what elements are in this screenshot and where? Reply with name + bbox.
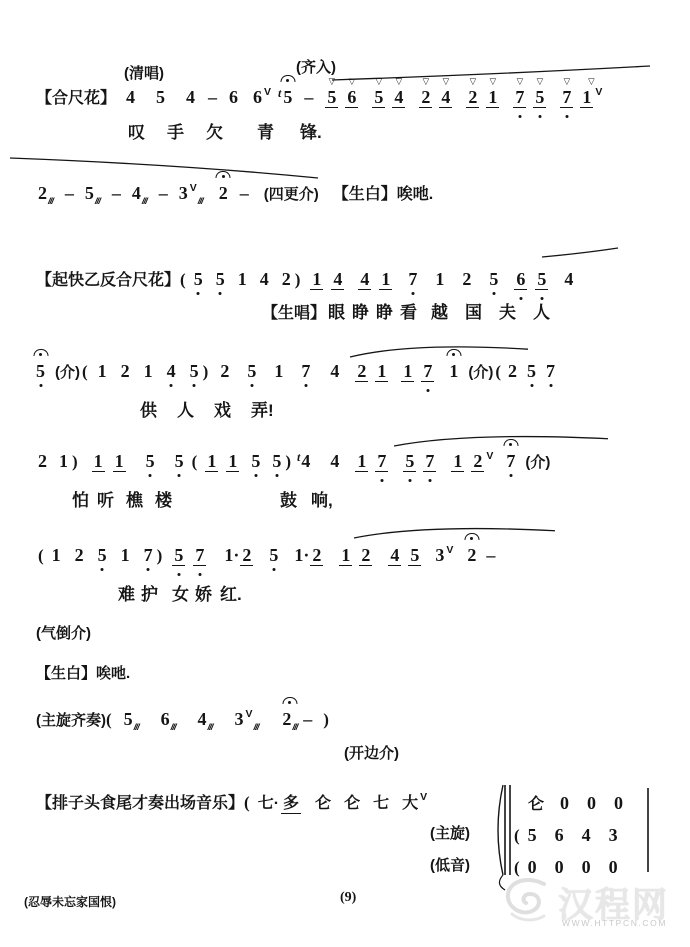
note-cell: 1 [379, 270, 392, 290]
note-cell: ▽4 [439, 88, 452, 108]
note-cell: 0 [560, 794, 569, 813]
note-cell: – [486, 546, 494, 565]
note-cell: 2 [240, 546, 253, 566]
note-cell: 5 [172, 546, 185, 566]
note-cell: – [303, 710, 311, 729]
note-cell: 1 [226, 452, 239, 472]
note-cell: 4 [301, 452, 310, 471]
note-cell: 2 [508, 362, 517, 381]
note-cell: 2 [359, 546, 372, 566]
lyric-cell: 听 [97, 492, 114, 510]
octave-dot [538, 115, 541, 118]
tremolo-mark: /// [253, 723, 258, 733]
lyric-cell: 戏 [214, 402, 231, 420]
note-cell: 5 [251, 452, 260, 471]
note-cell: 1 [310, 270, 323, 290]
lyric-cell: 弄! [251, 402, 274, 420]
note-cell: 3V/// [234, 710, 258, 729]
note-cell: 5 [175, 452, 184, 471]
music-row: (5643 [514, 826, 632, 845]
music-row: 2///–5///–4///–3V///2–(四更介)【生白】唉吔. [38, 184, 447, 203]
octave-dot [149, 474, 152, 477]
note-cell: 2 [282, 270, 291, 289]
octave-dot [530, 384, 533, 387]
note-cell: 1 [92, 452, 105, 472]
lyric-cell: 手 [167, 124, 184, 142]
note-cell: 6/// [161, 710, 176, 729]
note-cell: 0 [614, 794, 623, 813]
note-cell: ▽1V [580, 88, 602, 108]
lyrics-row: 怕听樵楼鼓响, [72, 492, 347, 510]
note-cell: 【排子头食尾才奏出场音乐】 [36, 796, 244, 812]
note-cell: 7 [375, 452, 388, 472]
note-cell: – [159, 184, 167, 203]
music-row: 【起快乙反合尺花】(55142)14417125654 [36, 270, 587, 290]
watermark-url: WWW.HTTPCN.COM [562, 918, 667, 928]
note-cell: 5/// [85, 184, 100, 203]
note-cell: 0 [587, 794, 596, 813]
note-cell: 【起快乙反合尺花】 [36, 273, 180, 289]
note-cell: – [208, 88, 216, 107]
note-cell: ( [38, 547, 44, 565]
note-cell: 1 [144, 362, 153, 381]
note-cell: ▽7 [560, 88, 573, 108]
note-cell: 5 [408, 546, 421, 566]
tremolo-mark: /// [142, 197, 147, 207]
note-cell: 1 [375, 362, 388, 382]
note-cell: 7 [301, 362, 310, 381]
music-row: (主旋齐奏)(5///6///4///3V///2///–) [36, 710, 343, 729]
note-cell: 1 [435, 270, 444, 289]
octave-dot [198, 573, 201, 576]
page-number: (9) [340, 890, 356, 906]
lyric-cell: 供 [140, 402, 157, 420]
octave-dot [518, 115, 521, 118]
octave-dot [177, 573, 180, 576]
octave-dot [147, 568, 150, 571]
lyric-cell: 越 [431, 304, 448, 322]
note-cell: 7 [408, 270, 417, 289]
note-cell: 1 [339, 546, 352, 566]
score-canvas: (清唱)(齐入)【合尺花】454–66Vt5–▽5▽6▽5▽4▽2▽4▽2▽1▽… [0, 0, 690, 947]
note-cell: 5 [216, 270, 225, 289]
octave-dot [380, 479, 383, 482]
note-cell: 2/// [282, 710, 297, 729]
lyric-cell: 红. [220, 586, 242, 604]
octave-dot [275, 474, 278, 477]
slur-line [352, 524, 557, 539]
octave-dot [101, 568, 104, 571]
note-cell: ▽5 [533, 88, 546, 108]
note-cell: 1 [238, 270, 247, 289]
annotation-text: (清唱) [124, 66, 164, 81]
note-cell: 1 [355, 452, 368, 472]
fermata-mark [33, 349, 48, 356]
note-cell: 仑 [315, 796, 331, 812]
fermata-mark [280, 75, 295, 82]
note-cell: (介) [525, 455, 550, 471]
octave-dot [426, 389, 429, 392]
note-cell: (主旋齐奏) [36, 713, 106, 729]
tremolo-mark: /// [48, 197, 53, 207]
note-cell: ( [180, 271, 186, 289]
watermark: 汉程网 WWW.HTTPCN.COM [500, 872, 690, 936]
music-row: 【合尺花】454–66Vt5–▽5▽6▽5▽4▽2▽4▽2▽1▽7▽5▽7▽1V [36, 88, 616, 108]
slur-line [540, 246, 620, 259]
note-cell: 4 [186, 88, 195, 107]
note-cell: 5 [247, 362, 256, 381]
note-cell: – [112, 184, 120, 203]
note-cell: 7 [144, 546, 153, 565]
octave-dot [178, 474, 181, 477]
note-cell: 2 [121, 362, 130, 381]
breath-mark: V [595, 87, 602, 98]
watermark-logo [500, 874, 556, 924]
note-cell: (介) [468, 365, 493, 381]
lyric-cell: 楼 [155, 492, 172, 510]
fermata-mark [282, 697, 297, 704]
note-cell: 5 [194, 270, 203, 289]
note-cell: 4/// [198, 710, 213, 729]
note-cell: 5/// [124, 710, 139, 729]
lyric-cell: 樵 [126, 492, 143, 510]
note-cell: ( [192, 453, 198, 471]
note-cell: 2 [310, 546, 323, 566]
music-row: 21)1155(1155)t44175712V7(介) [38, 452, 564, 472]
glissando-line [8, 156, 320, 180]
tremolo-mark: /// [171, 723, 176, 733]
note-cell: 4/// [132, 184, 147, 203]
octave-dot [540, 297, 543, 300]
lyrics-row: 供人戏弄! [140, 402, 288, 420]
note-cell: 2V [471, 452, 493, 472]
music-row: 【排子头食尾才奏出场音乐】(七·多仑仑七大V [36, 794, 441, 814]
note-cell: ) [323, 711, 329, 729]
note-cell: ▽2 [466, 88, 479, 108]
lyric-cell: 夫 [499, 304, 516, 322]
breath-mark: V [264, 87, 271, 98]
annotation-text: (主旋) [430, 826, 470, 841]
note-cell: 4 [260, 270, 269, 289]
breath-mark: V [190, 183, 197, 194]
note-cell: 5 [535, 270, 548, 290]
music-row: 仑000 [528, 794, 637, 813]
note-cell: 5 [489, 270, 498, 289]
note-cell: 1 [52, 546, 61, 565]
note-cell: 【生白】唉吔. [333, 187, 433, 203]
note-cell: 2 [355, 362, 368, 382]
note-cell: 6 [229, 88, 238, 107]
lyrics-row: 难护女娇红. [118, 586, 256, 604]
note-cell: 5 [98, 546, 107, 565]
note-cell: ) [72, 453, 78, 471]
note-cell: 7 [193, 546, 206, 566]
lyric-cell: 女 [172, 586, 189, 604]
tremolo-mark: /// [198, 197, 203, 207]
note-cell: 1 [98, 362, 107, 381]
octave-dot [219, 292, 222, 295]
note-cell: 1 [113, 452, 126, 472]
note-cell: 1 [59, 452, 68, 471]
note-cell: 【合尺花】 [36, 91, 116, 107]
octave-dot [170, 384, 173, 387]
note-cell: (四更介) [264, 187, 319, 203]
lyrics-row: 叹手欠青锋. [128, 124, 336, 142]
breath-mark: V [420, 792, 427, 803]
lyric-cell: 青 [257, 124, 274, 142]
octave-dot [408, 479, 411, 482]
breath-mark: V [486, 451, 493, 462]
note-cell: 3 [609, 826, 618, 845]
lyric-cell: 响, [311, 492, 333, 510]
lyric-cell: 锋. [300, 124, 322, 142]
note-cell: ▽5 [325, 88, 338, 108]
note-cell: 5 [283, 88, 292, 107]
octave-dot [549, 384, 552, 387]
note-cell: ▽2 [419, 88, 432, 108]
lyric-cell: 欠 [206, 124, 223, 142]
octave-dot [304, 384, 307, 387]
note-cell: ▽1 [486, 88, 499, 108]
note-cell: t [297, 455, 300, 471]
note-cell: ) [203, 363, 209, 381]
note-cell: 七 [373, 796, 389, 812]
note-cell: 3V/// [179, 184, 203, 203]
note-cell: ( [495, 363, 501, 381]
note-cell: 1 [401, 362, 414, 382]
music-row: 5(介)(12145)2517421171(介)(257 [36, 362, 569, 382]
lyric-cell: 睁 [352, 304, 369, 322]
tremolo-mark: /// [208, 723, 213, 733]
note-cell: 大V [402, 796, 427, 812]
barline [646, 788, 650, 872]
note-cell: 5 [528, 826, 537, 845]
note-cell: 1 [451, 452, 464, 472]
note-cell: 仑 [344, 796, 360, 812]
tremolo-mark: /// [292, 723, 297, 733]
note-cell: 2 [462, 270, 471, 289]
note-cell: 1 [205, 452, 218, 472]
note-cell: 七· [258, 796, 279, 812]
octave-dot [39, 384, 42, 387]
note-cell: 4 [358, 270, 371, 290]
octave-dot [197, 292, 200, 295]
lyric-cell: 人 [533, 304, 550, 322]
lyrics-row: 【生唱】眼睁睁看越国夫人 [262, 304, 564, 322]
note-cell: 4 [330, 452, 339, 471]
note-cell: 6 [514, 270, 527, 290]
note-cell: 4 [582, 826, 591, 845]
note-cell: 2 [38, 452, 47, 471]
note-cell: ) [295, 271, 301, 289]
lyric-cell: 睁 [376, 304, 393, 322]
note-cell: ▽4 [392, 88, 405, 108]
slur-line [392, 432, 610, 447]
note-cell: t [278, 91, 281, 107]
lyric-cell: 国 [465, 304, 482, 322]
note-cell: – [240, 184, 248, 203]
note-cell: 4 [388, 546, 401, 566]
octave-dot [250, 384, 253, 387]
note-cell: ▽7 [513, 88, 526, 108]
tremolo-mark: /// [95, 197, 100, 207]
note-cell: 1 [274, 362, 283, 381]
breath-mark: V [446, 545, 453, 556]
octave-dot [428, 479, 431, 482]
note-cell: ( [106, 711, 112, 729]
annotation-text: (开边介) [344, 746, 399, 761]
octave-dot [411, 292, 414, 295]
note-cell: 5 [527, 362, 536, 381]
note-cell: ▽6 [345, 88, 358, 108]
octave-dot [509, 474, 512, 477]
note-cell: 5 [272, 452, 281, 471]
note-cell: 1 [121, 546, 130, 565]
note-cell: (介) [55, 365, 80, 381]
note-cell: 4 [126, 88, 135, 107]
note-cell: 5 [156, 88, 165, 107]
note-cell: 3V [435, 546, 453, 565]
note-cell: – [304, 88, 312, 107]
note-cell: 1· [224, 546, 239, 565]
note-cell: 2 [75, 546, 84, 565]
note-cell: 5 [146, 452, 155, 471]
note-cell: ( [82, 363, 88, 381]
lyric-cell: 难 [118, 586, 135, 604]
tremolo-mark: /// [134, 723, 139, 733]
lyric-cell: 人 [177, 402, 194, 420]
annotation-text: (气倒介) [36, 626, 91, 641]
octave-dot [254, 474, 257, 477]
lyric-cell: 鼓 [280, 492, 297, 510]
note-cell: 4 [331, 270, 344, 290]
note-cell: 2 [467, 546, 476, 565]
octave-dot [272, 568, 275, 571]
footer-title: (忍辱未忘家国恨) [24, 893, 116, 910]
slur-line [348, 342, 530, 358]
note-cell: 多 [281, 796, 301, 814]
note-cell: 7 [423, 452, 436, 472]
note-cell: ) [157, 547, 163, 565]
note-cell: 1· [294, 546, 309, 565]
note-cell: 5 [36, 362, 45, 381]
note-cell: 2 [220, 362, 229, 381]
note-cell: ( [244, 794, 250, 812]
note-cell: 4 [564, 270, 573, 289]
annotation-text: 【生白】唉吔. [36, 666, 130, 681]
glissando-line [330, 64, 652, 82]
lyric-cell: 看 [400, 304, 417, 322]
octave-dot [519, 297, 522, 300]
lyric-cell: 叹 [128, 124, 145, 142]
lyric-cell: 眼 [328, 304, 345, 322]
music-row: (12517)571·251·212453V2– [38, 546, 508, 566]
note-cell: 7 [506, 452, 515, 471]
note-cell: 5 [269, 546, 278, 565]
note-cell: 5 [403, 452, 416, 472]
note-cell: 5 [190, 362, 199, 381]
lyric-cell: 怕 [72, 492, 89, 510]
note-cell: 6V [253, 88, 271, 107]
note-cell: 2 [219, 184, 228, 203]
octave-dot [492, 292, 495, 295]
note-cell: ▽5 [372, 88, 385, 108]
lyric-cell: 娇 [195, 586, 212, 604]
note-cell: 7 [421, 362, 434, 382]
breath-mark: V [245, 709, 252, 720]
note-cell: 2/// [38, 184, 53, 203]
lyric-cell: 【生唱】 [262, 306, 326, 322]
note-cell: 7 [546, 362, 555, 381]
note-cell: 4 [330, 362, 339, 381]
lyric-cell: 护 [141, 586, 158, 604]
octave-dot [193, 384, 196, 387]
note-cell: – [65, 184, 73, 203]
note-cell: 仑 [528, 797, 544, 813]
note-cell: ) [285, 453, 291, 471]
note-cell: 1 [449, 362, 458, 381]
octave-dot [565, 115, 568, 118]
note-cell: 4 [167, 362, 176, 381]
annotation-text: (低音) [430, 858, 470, 873]
note-cell: 6 [555, 826, 564, 845]
